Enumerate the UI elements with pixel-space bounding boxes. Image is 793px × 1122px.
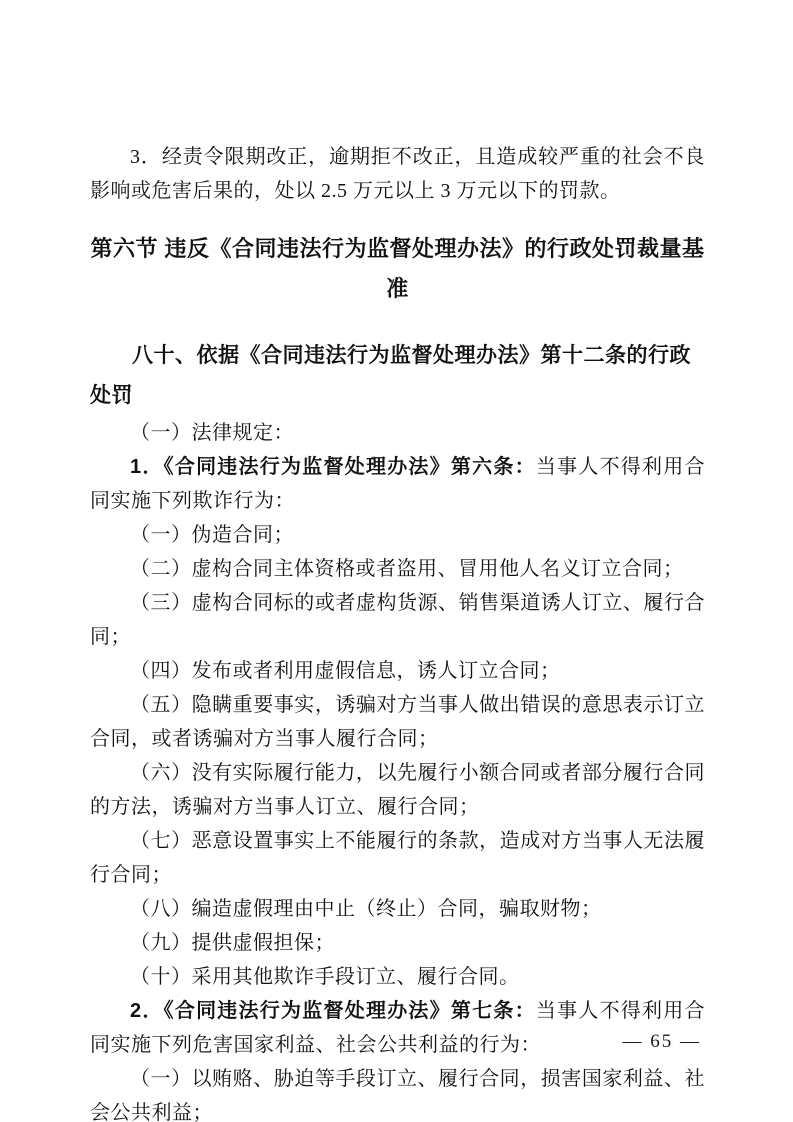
list-item: （五）隐瞒重要事实，诱骗对方当事人做出错误的意思表示订立合同，或者诱骗对方当事人… bbox=[90, 688, 705, 756]
list-item: （六）没有实际履行能力，以先履行小额合同或者部分履行合同的方法，诱骗对方当事人订… bbox=[90, 756, 705, 824]
list-item: （一）伪造合同； bbox=[90, 518, 705, 552]
page-content: 3．经责令限期改正，逾期拒不改正，且造成较严重的社会不良影响或危害后果的，处以 … bbox=[90, 140, 705, 1122]
section-heading: 第六节 违反《合同违法行为监督处理办法》的行政处罚裁量基准 bbox=[90, 229, 705, 309]
article-6-lead: 1．《合同违法行为监督处理办法》第六条： bbox=[130, 456, 536, 478]
list-item: （八）编造虚假理由中止（终止）合同，骗取财物； bbox=[90, 892, 705, 926]
item-heading: 八十、依据《合同违法行为监督处理办法》第十二条的行政处罚 bbox=[90, 336, 705, 416]
list-item: （十）采用其他欺诈手段订立、履行合同。 bbox=[90, 960, 705, 994]
article-6-paragraph: 1．《合同违法行为监督处理办法》第六条：当事人不得利用合同实施下列欺诈行为： bbox=[90, 450, 705, 518]
article-7-paragraph: 2．《合同违法行为监督处理办法》第七条：当事人不得利用合同实施下列危害国家利益、… bbox=[90, 994, 705, 1062]
list-item: （三）虚构合同标的或者虚构货源、销售渠道诱人订立、履行合同； bbox=[90, 586, 705, 654]
list-item: （九）提供虚假担保； bbox=[90, 926, 705, 960]
list-item: （一）以贿赂、胁迫等手段订立、履行合同，损害国家利益、社会公共利益； bbox=[90, 1062, 705, 1122]
list-item: （七）恶意设置事实上不能履行的条款，造成对方当事人无法履行合同； bbox=[90, 824, 705, 892]
penalty-clause-paragraph: 3．经责令限期改正，逾期拒不改正，且造成较严重的社会不良影响或危害后果的，处以 … bbox=[90, 140, 705, 208]
document-page: 3．经责令限期改正，逾期拒不改正，且造成较严重的社会不良影响或危害后果的，处以 … bbox=[0, 0, 793, 1122]
list-item: （二）虚构合同主体资格或者盗用、冒用他人名义订立合同； bbox=[90, 552, 705, 586]
legal-basis-label: （一）法律规定： bbox=[90, 416, 705, 450]
article-7-lead: 2．《合同违法行为监督处理办法》第七条： bbox=[130, 1000, 536, 1022]
list-item: （四）发布或者利用虚假信息，诱人订立合同； bbox=[90, 654, 705, 688]
page-number: — 65 — bbox=[623, 1031, 702, 1052]
page-footer: — 65 — bbox=[623, 1029, 702, 1055]
